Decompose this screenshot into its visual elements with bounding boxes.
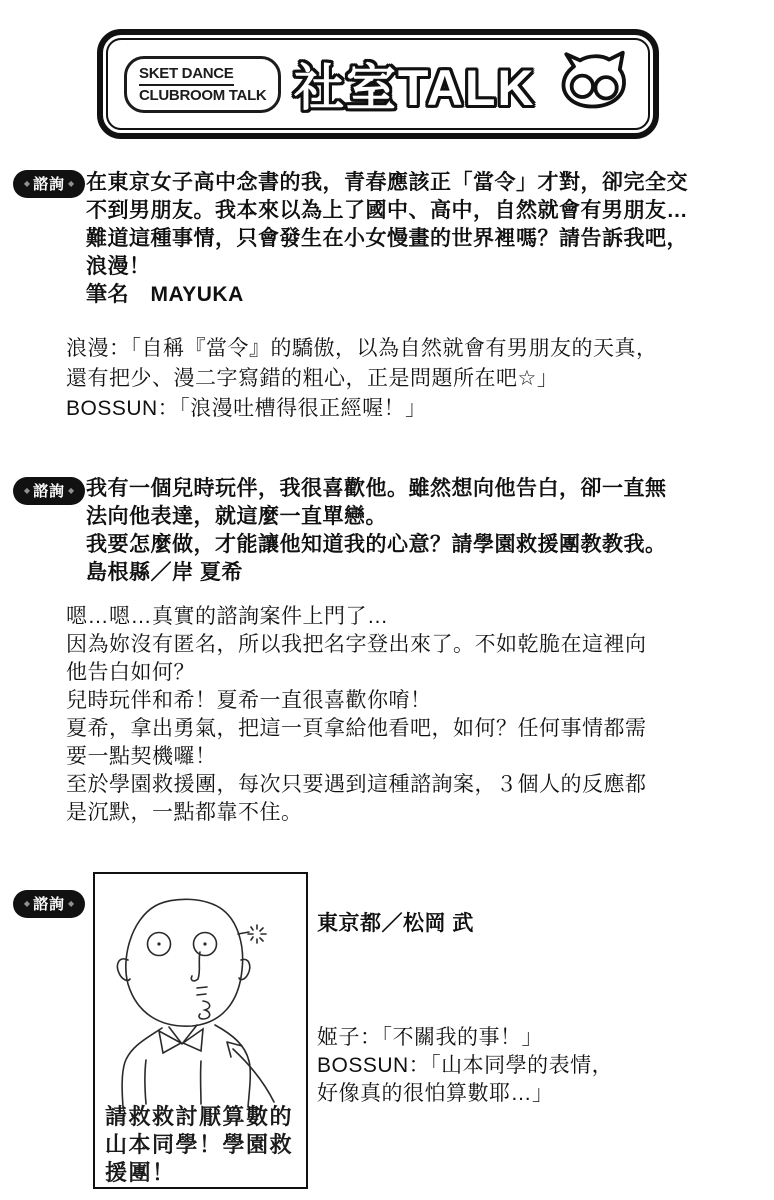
consult-badge-3: ◆ 諮詢 ◆ [13, 890, 85, 918]
diamond-icon: ◆ [68, 180, 74, 188]
consultation-2-answer: 嗯…嗯…真實的諮詢案件上門了… 因為妳沒有匿名，所以我把名字登出來了。不如乾脆在… [66, 603, 766, 827]
sket-dance-logo: SKET DANCE CLUBROOM TALK [124, 56, 281, 113]
consult-badge-label: 諮詢 [33, 484, 65, 499]
manga-clubroom-talk-page: SKET DANCE CLUBROOM TALK 社室TALK ◆ 諮詢 ◆ 在… [0, 0, 774, 1200]
diamond-icon: ◆ [68, 900, 74, 908]
drawing-caption: 請救救討厭算數的 山本同學！學園救 援團！ [105, 1103, 303, 1187]
owl-mascot-icon [548, 49, 632, 119]
header-banner: SKET DANCE CLUBROOM TALK 社室TALK [97, 29, 659, 139]
consultation-1-question: 在東京女子高中念書的我，青春應該正「當令」才對，卻完全交 不到男朋友。我本來以為… [86, 169, 766, 309]
arrow-annotation [233, 1049, 274, 1102]
consult-badge-label: 諮詢 [33, 177, 65, 192]
consult-badge-2: ◆ 諮詢 ◆ [13, 477, 85, 505]
diamond-icon: ◆ [24, 487, 30, 495]
page-title: 社室TALK [293, 48, 536, 120]
diamond-icon: ◆ [24, 180, 30, 188]
consultation-1-answer: 浪漫：「自稱『當令』的驕傲，以為自然就會有男朋友的天真， 還有把少、漫二字寫錯的… [66, 334, 766, 424]
illustration-panel: 請救救討厭算數的 山本同學！學園救 援團！ [93, 872, 308, 1189]
consult-badge-label: 諮詢 [33, 897, 65, 912]
diamond-icon: ◆ [24, 900, 30, 908]
consultation-3-answer: 姬子：「不關我的事！」 BOSSUN：「山本同學的表情， 好像真的很怕算數耶…」 [317, 1024, 762, 1108]
diamond-icon: ◆ [68, 487, 74, 495]
consult-badge-1: ◆ 諮詢 ◆ [13, 170, 85, 198]
consultation-2-question: 我有一個兒時玩伴，我很喜歡他。雖然想向他告白，卻一直無 法向他表達，就這麼一直單… [86, 475, 766, 587]
logo-line2: CLUBROOM TALK [139, 87, 266, 105]
header-inner-frame: SKET DANCE CLUBROOM TALK 社室TALK [106, 38, 650, 130]
consultation-3-sender: 東京都／松岡 武 [317, 907, 474, 937]
logo-line1: SKET DANCE [139, 65, 234, 86]
